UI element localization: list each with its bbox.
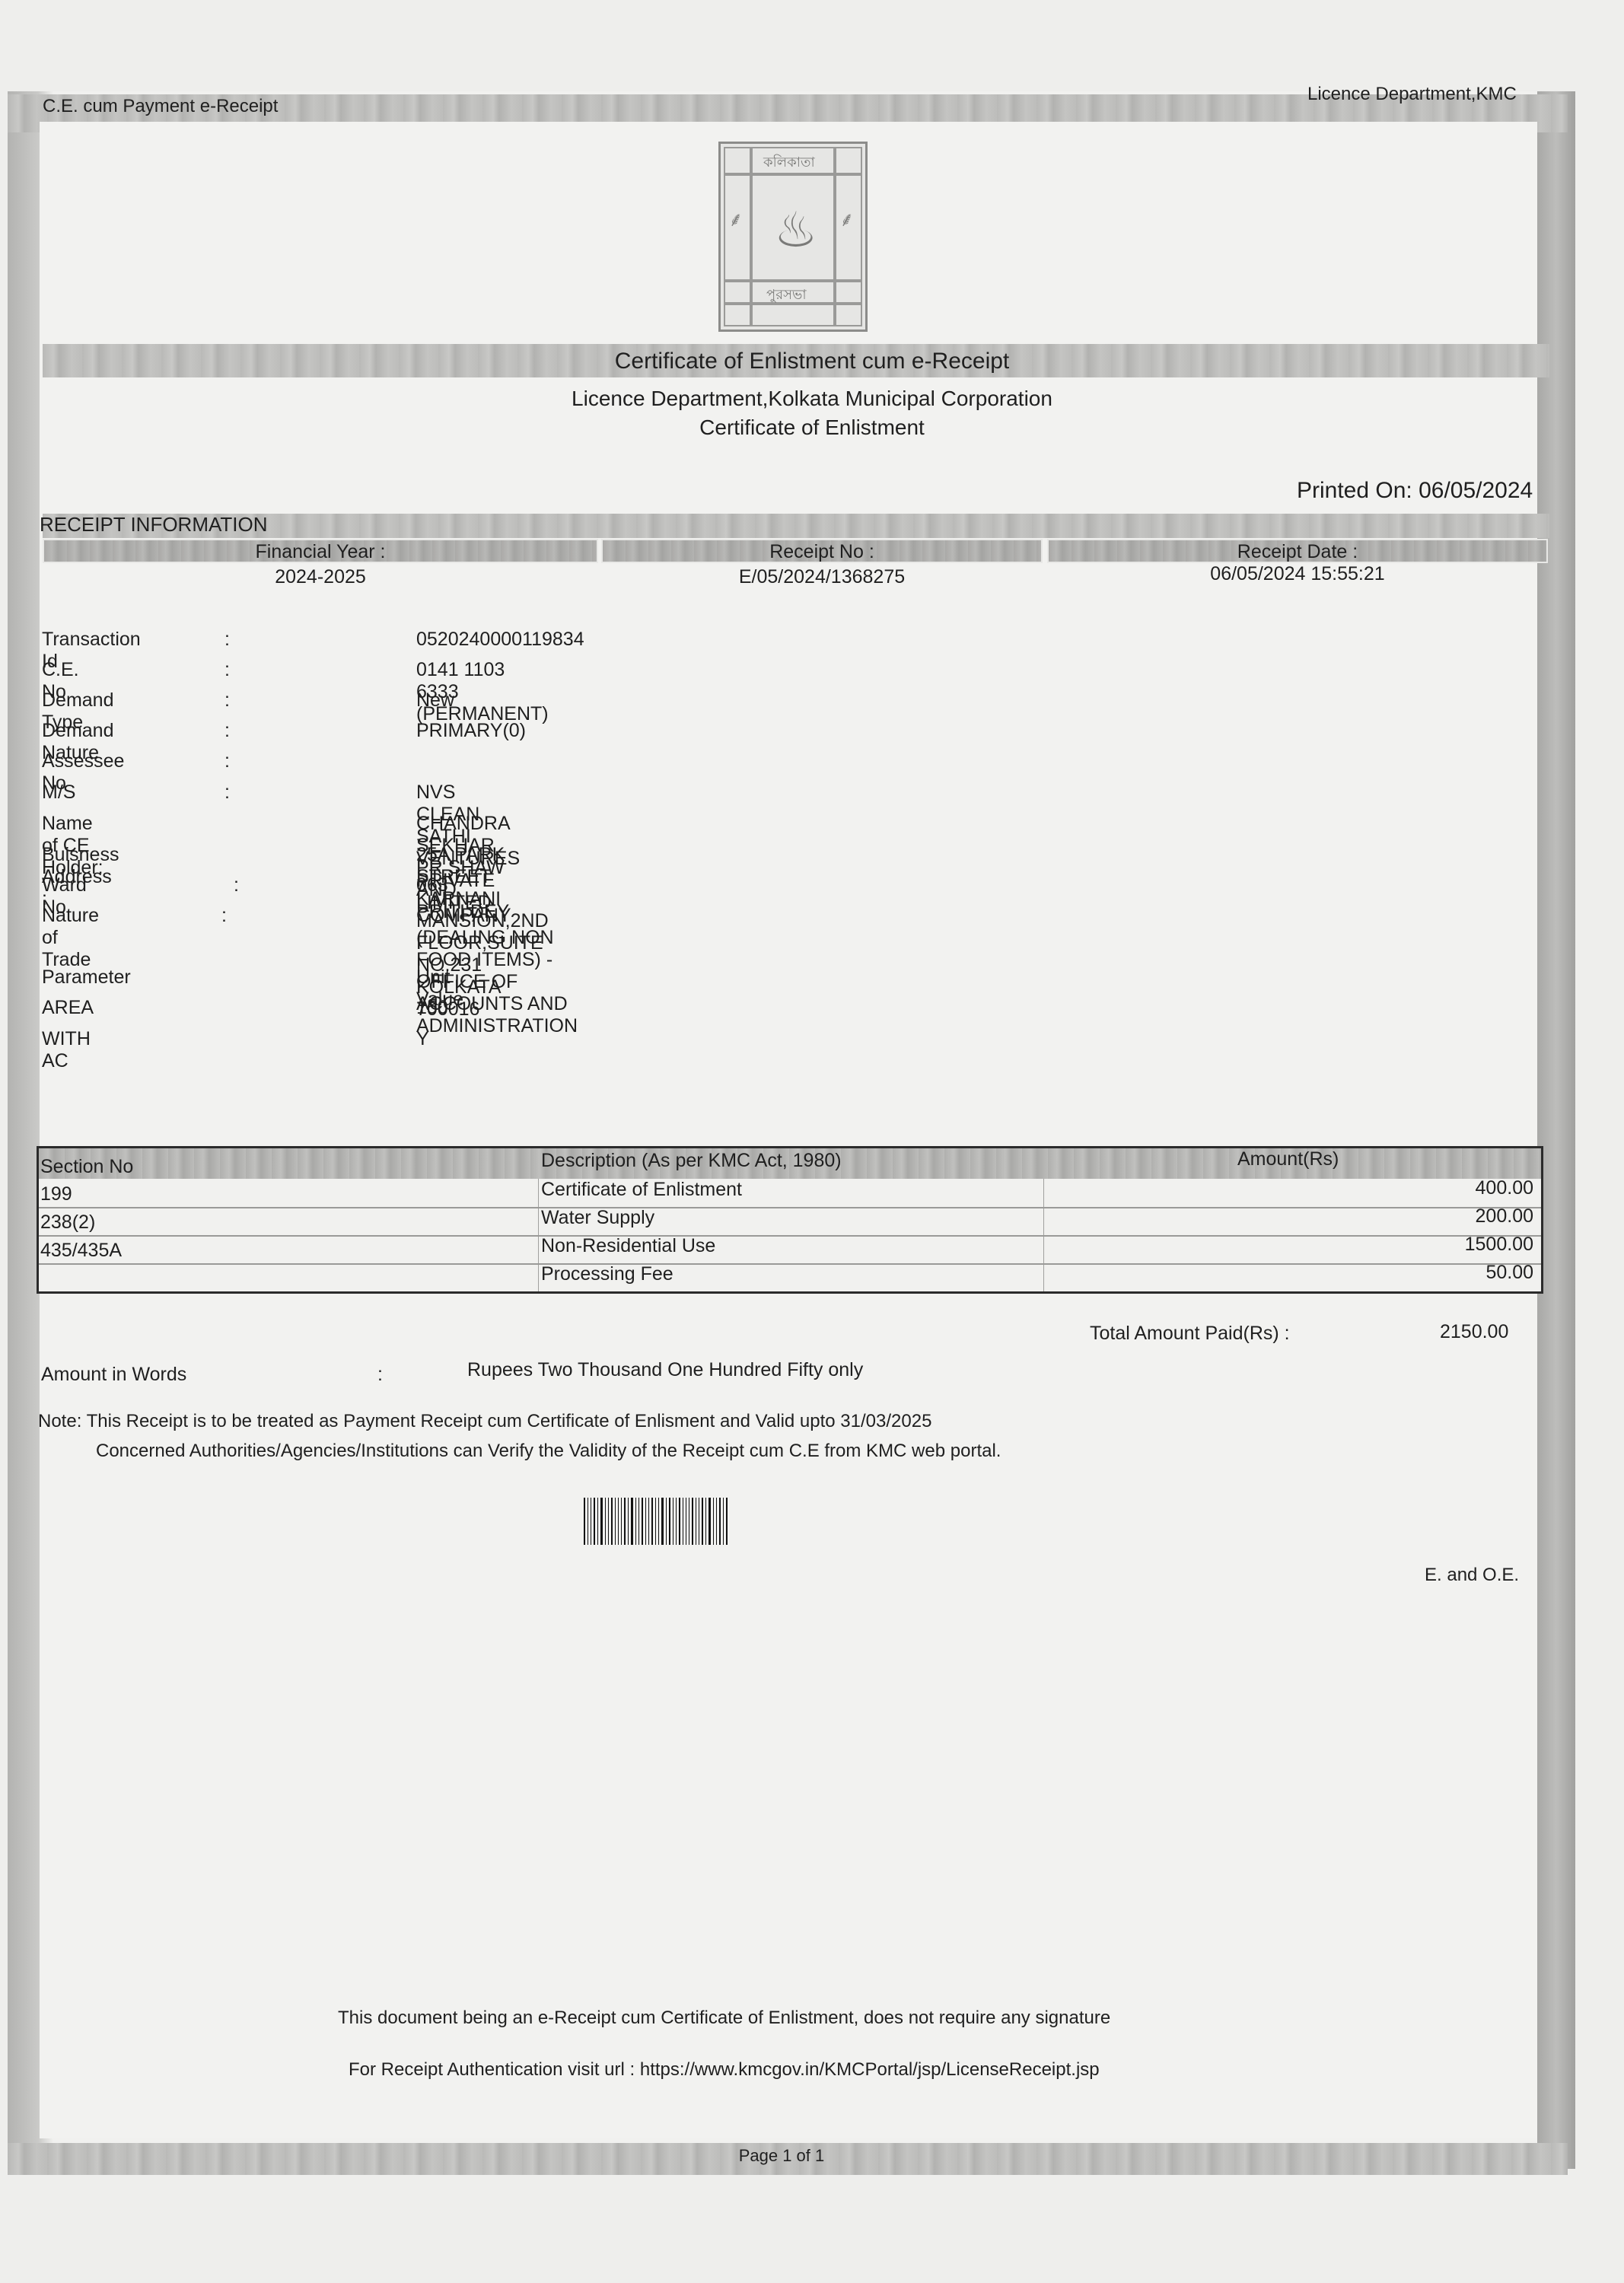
col-section-no: Section No — [40, 1156, 133, 1178]
flame-icon: ♨ — [774, 202, 817, 259]
receipt-info-band — [43, 514, 1549, 538]
detail-colon: : — [224, 659, 230, 681]
receipt-info-label: RECEIPT INFORMATION — [40, 513, 268, 537]
amount-in-words-label: Amount in Words — [41, 1364, 186, 1386]
page-number: Page 1 of 1 — [0, 2146, 1563, 2166]
no-signature-statement: This document being an e-Receipt cum Cer… — [338, 2008, 1110, 2029]
detail-colon: : — [234, 874, 239, 896]
description-cell: Certificate of Enlistment — [541, 1179, 742, 1201]
validity-note: Note: This Receipt is to be treated as P… — [38, 1411, 931, 1432]
emblem-top-text: কলিকাতা — [763, 151, 815, 175]
parameter-label: WITH AC — [42, 1028, 91, 1072]
detail-colon: : — [224, 629, 230, 651]
section-no-cell: 435/435A — [40, 1240, 122, 1262]
detail-colon: : — [224, 689, 230, 712]
detail-label: M/S — [42, 782, 75, 804]
amount-in-words-value: Rupees Two Thousand One Hundred Fifty on… — [467, 1359, 863, 1381]
amount-cell: 200.00 — [1476, 1205, 1533, 1227]
amount-cell: 400.00 — [1476, 1177, 1533, 1199]
kmc-emblem-icon: কলিকাতা ♨ ⸙ ⸙ পুরসভা — [718, 142, 868, 332]
printed-on: Printed On: 06/05/2024 — [1297, 478, 1533, 504]
detail-value: 063 — [416, 874, 448, 896]
emblem-bottom-text: পুরসভা — [766, 284, 807, 307]
total-value: 2150.00 — [1440, 1321, 1508, 1343]
parameter-label: AREA — [42, 997, 94, 1019]
amount-cell: 50.00 — [1485, 1262, 1533, 1284]
detail-colon: : — [224, 750, 230, 772]
detail-colon: : — [221, 905, 227, 927]
authentication-url[interactable]: For Receipt Authentication visit url : h… — [349, 2059, 1100, 2081]
receipt-barcode — [584, 1498, 730, 1545]
amount-cell: 1500.00 — [1465, 1234, 1533, 1256]
financial-year-header: Financial Year : — [43, 539, 598, 563]
section-no-cell: 238(2) — [40, 1212, 95, 1234]
col-description: Description (As per KMC Act, 1980) — [541, 1150, 842, 1172]
parameter-header-label: Parameter — [42, 966, 131, 989]
total-label: Total Amount Paid(Rs) : — [1090, 1323, 1290, 1345]
detail-value: New — [416, 689, 454, 712]
header-left-title: C.E. cum Payment e-Receipt — [43, 96, 278, 117]
section-no-cell: 199 — [40, 1183, 72, 1205]
detail-value: PRIMARY(0) — [416, 720, 526, 742]
errors-omissions-excepted: E. and O.E. — [1425, 1565, 1519, 1586]
fee-table-row: 199Certificate of Enlistment400.00 — [39, 1179, 1541, 1208]
description-cell: Water Supply — [541, 1207, 654, 1229]
description-cell: Non-Residential Use — [541, 1235, 715, 1257]
receipt-no-value: E/05/2024/1368275 — [601, 566, 1043, 588]
header-right-title: Licence Department,KMC — [1307, 84, 1517, 105]
fee-table-row: 238(2)Water Supply200.00 — [39, 1207, 1541, 1237]
main-title: Certificate of Enlistment cum e-Receipt — [0, 349, 1624, 374]
receipt-date-header: Receipt Date : — [1047, 539, 1548, 563]
amount-in-words-colon: : — [377, 1364, 383, 1386]
financial-year-value: 2024-2025 — [43, 566, 598, 588]
wheat-right-icon: ⸙ — [839, 205, 855, 232]
fee-table-row: Processing Fee50.00 — [39, 1263, 1541, 1291]
parameter-value: 150 — [416, 997, 448, 1019]
fee-table: Section No Description (As per KMC Act, … — [37, 1146, 1543, 1294]
detail-colon: : — [224, 782, 230, 804]
fee-table-header: Section No Description (As per KMC Act, … — [39, 1148, 1541, 1179]
verification-note: Concerned Authorities/Agencies/Instituti… — [96, 1441, 1001, 1462]
detail-value: 0520240000119834 — [416, 629, 584, 651]
wheat-left-icon: ⸙ — [728, 205, 744, 232]
description-cell: Processing Fee — [541, 1263, 673, 1285]
detail-colon: : — [224, 720, 230, 742]
receipt-date-value: 06/05/2024 15:55:21 — [1047, 563, 1548, 585]
detail-label: Nature of Trade — [42, 905, 99, 971]
fee-table-row: 435/435ANon-Residential Use1500.00 — [39, 1235, 1541, 1265]
department-name: Licence Department,Kolkata Municipal Cor… — [0, 387, 1624, 411]
receipt-no-header: Receipt No : — [601, 539, 1043, 563]
parameter-value: Y — [416, 1028, 429, 1050]
col-amount: Amount(Rs) — [1237, 1148, 1339, 1170]
subtitle: Certificate of Enlistment — [0, 416, 1624, 440]
